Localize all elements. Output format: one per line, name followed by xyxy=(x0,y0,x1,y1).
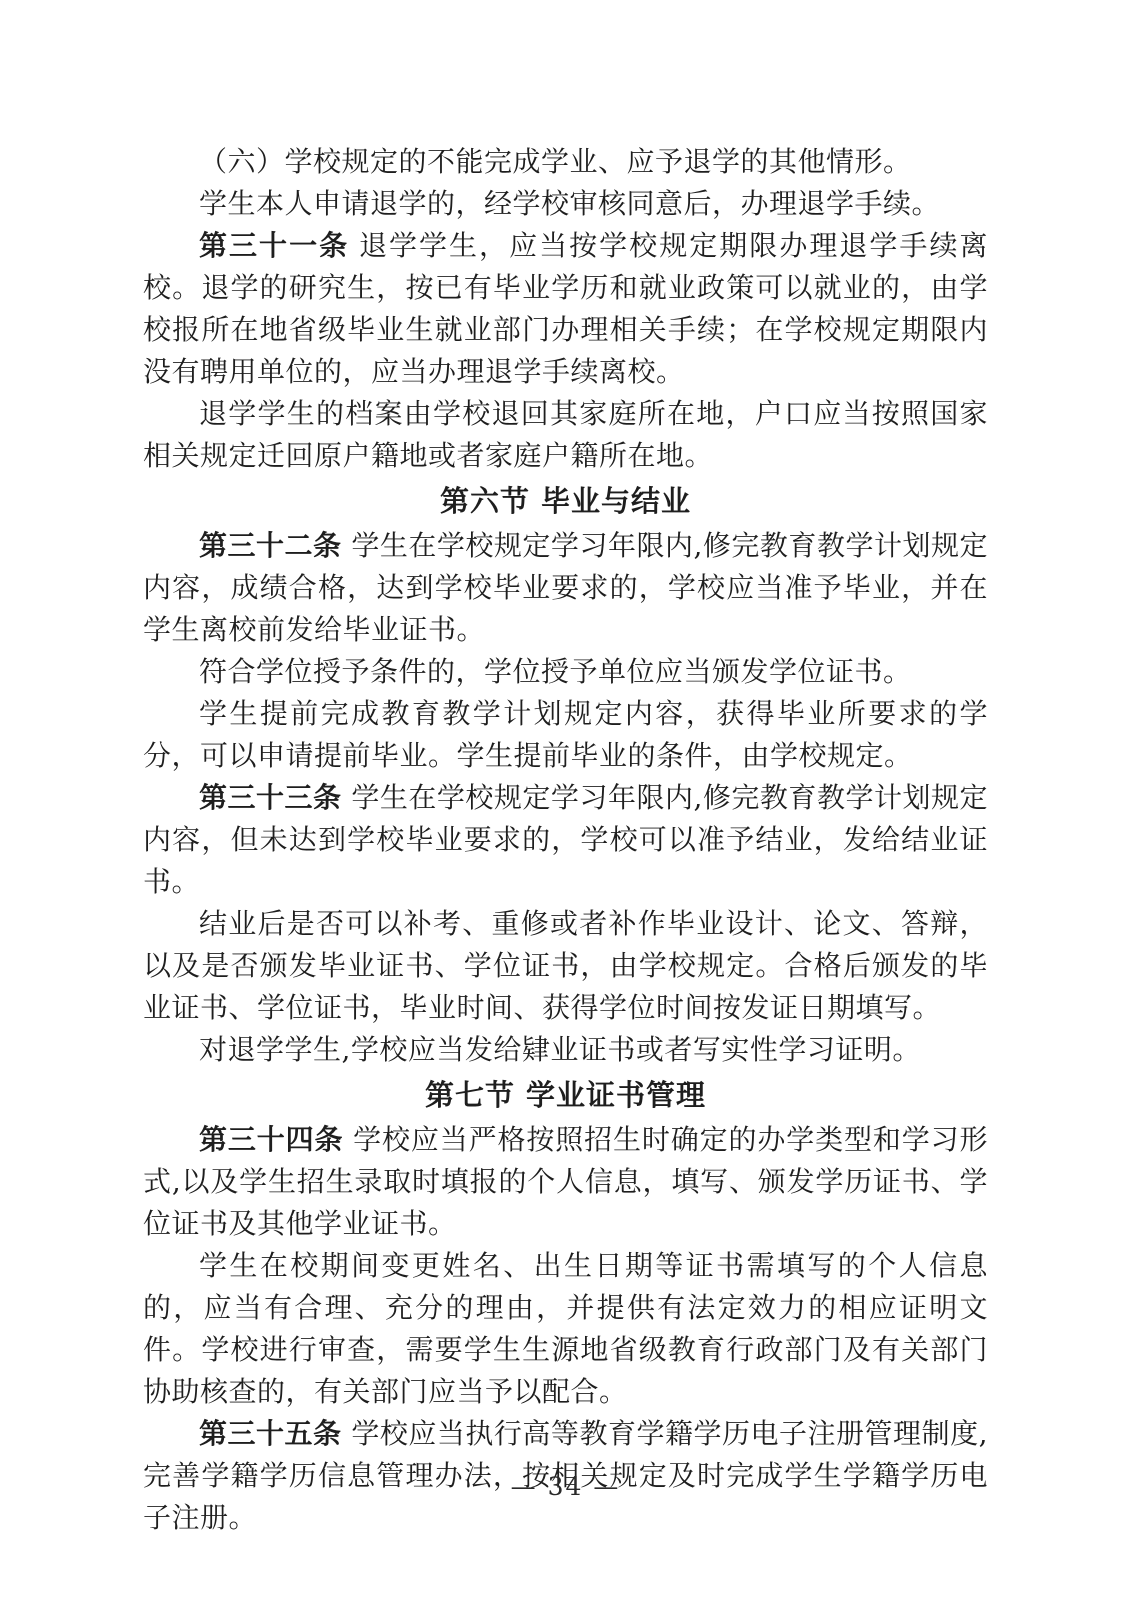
document-page: （六）学校规定的不能完成学业、应予退学的其他情形。学生本人申请退学的，经学校审核… xyxy=(0,0,1131,1600)
article-number: 第三十三条 xyxy=(199,781,342,814)
paragraph: 第三十一条退学学生，应当按学校规定期限办理退学手续离校。退学的研究生，按已有毕业… xyxy=(143,225,988,393)
article-number: 第三十二条 xyxy=(199,529,342,562)
paragraph: 退学学生的档案由学校退回其家庭所在地，户口应当按照国家相关规定迁回原户籍地或者家… xyxy=(143,393,988,477)
paragraph: 第三十三条学生在学校规定学习年限内,修完教育教学计划规定内容，但未达到学校毕业要… xyxy=(143,777,988,903)
page-number: — 34 — xyxy=(0,1472,1131,1502)
section-heading: 第七节 学业证书管理 xyxy=(143,1074,988,1116)
paragraph: 学生本人申请退学的，经学校审核同意后，办理退学手续。 xyxy=(143,183,988,225)
paragraph: 学生提前完成教育教学计划规定内容，获得毕业所要求的学分，可以申请提前毕业。学生提… xyxy=(143,693,988,777)
article-number: 第三十一条 xyxy=(199,229,349,262)
paragraph: 符合学位授予条件的，学位授予单位应当颁发学位证书。 xyxy=(143,651,988,693)
paragraph: 学生在校期间变更姓名、出生日期等证书需填写的个人信息的，应当有合理、充分的理由，… xyxy=(143,1245,988,1413)
section-heading: 第六节 毕业与结业 xyxy=(143,480,988,522)
article-number: 第三十四条 xyxy=(199,1123,343,1156)
paragraph: 第三十二条学生在学校规定学习年限内,修完教育教学计划规定内容，成绩合格，达到学校… xyxy=(143,525,988,651)
paragraph: 结业后是否可以补考、重修或者补作毕业设计、论文、答辩，以及是否颁发毕业证书、学位… xyxy=(143,903,988,1029)
paragraph: 第三十四条学校应当严格按照招生时确定的办学类型和学习形式,以及学生招生录取时填报… xyxy=(143,1119,988,1245)
paragraph: 对退学学生,学校应当发给肄业证书或者写实性学习证明。 xyxy=(143,1029,988,1071)
article-number: 第三十五条 xyxy=(199,1417,342,1450)
page-content: （六）学校规定的不能完成学业、应予退学的其他情形。学生本人申请退学的，经学校审核… xyxy=(143,141,988,1539)
paragraph: （六）学校规定的不能完成学业、应予退学的其他情形。 xyxy=(143,141,988,183)
